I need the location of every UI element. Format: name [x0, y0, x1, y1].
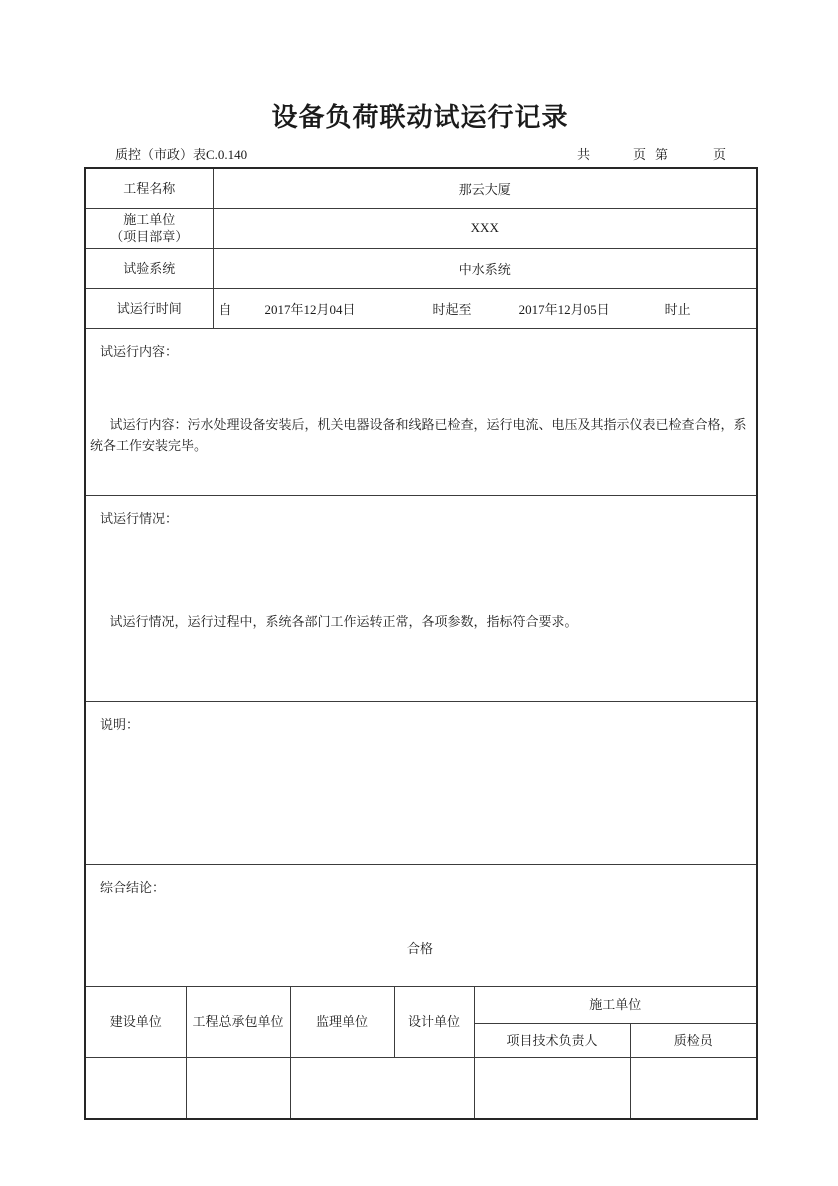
signature-builder-label: 建设单位 [85, 986, 186, 1057]
trial-time-from-prefix: 自 [219, 299, 232, 318]
trial-time-value: 自 2017年12月04日 时起至 2017年12月05日 时止 [213, 288, 757, 328]
row-trial-time: 试运行时间 自 2017年12月04日 时起至 2017年12月05日 时止 [85, 288, 757, 328]
row-note: 说明： [85, 701, 757, 864]
page-total-label: 共 [577, 144, 590, 163]
trial-situation-body: 试运行情况，运行过程中，系统各部门工作运转正常，各项参数，指标符合要求。 [90, 611, 752, 632]
construction-unit-label-line1: 施工单位 [86, 211, 213, 228]
document-page: 设备负荷联动试运行记录 质控（市政）表C.0.140 共页第页 工程名称 那云大… [0, 0, 838, 1186]
page-current-unit: 页 [713, 144, 726, 163]
trial-time-end-date: 2017年12月05日 [519, 299, 610, 318]
row-signature-blank [85, 1057, 757, 1119]
pagination: 共页第页 [577, 144, 726, 163]
construction-unit-label-line2: （项目部章） [86, 228, 213, 245]
construction-unit-label: 施工单位（项目部章） [85, 208, 213, 248]
record-form-table: 工程名称 那云大厦 施工单位（项目部章） XXX 试验系统 中水系统 试运行时间… [84, 167, 758, 1120]
note-label: 说明： [100, 714, 752, 733]
signature-supervisor-label: 监理单位 [290, 986, 394, 1057]
meta-row: 质控（市政）表C.0.140 共页第页 [84, 144, 756, 162]
document-title: 设备负荷联动试运行记录 [84, 97, 756, 134]
row-construction-unit: 施工单位（项目部章） XXX [85, 208, 757, 248]
test-system-label: 试验系统 [85, 248, 213, 288]
signature-designer-label: 设计单位 [394, 986, 474, 1057]
signature-tech-lead-cell [474, 1057, 630, 1119]
row-trial-content: 试运行内容： 试运行内容：污水处理设备安装后，机关电器设备和线路已检查，运行电流… [85, 328, 757, 495]
trial-content-label: 试运行内容： [100, 341, 752, 360]
conclusion-label: 综合结论： [100, 877, 752, 896]
trial-time-start-date: 2017年12月04日 [265, 299, 356, 318]
row-project-name: 工程名称 那云大厦 [85, 168, 757, 208]
trial-situation-section: 试运行情况： 试运行情况，运行过程中，系统各部门工作运转正常，各项参数，指标符合… [85, 495, 757, 701]
row-signature-header: 建设单位 工程总承包单位 监理单位 设计单位 施工单位 [85, 986, 757, 1023]
signature-quality-inspector-label: 质检员 [630, 1023, 757, 1057]
project-name-value: 那云大厦 [213, 168, 757, 208]
signature-tech-lead-label: 项目技术负责人 [474, 1023, 630, 1057]
trial-time-label: 试运行时间 [85, 288, 213, 328]
trial-time-mid-text: 时起至 [433, 299, 472, 318]
signature-quality-inspector-cell [630, 1057, 757, 1119]
trial-situation-label: 试运行情况： [100, 508, 752, 527]
page-current-label: 第 [655, 144, 668, 163]
trial-time-line: 自 2017年12月04日 时起至 2017年12月05日 时止 [214, 299, 757, 318]
signature-supervisor-designer-cell [290, 1057, 474, 1119]
trial-content-section: 试运行内容： 试运行内容：污水处理设备安装后，机关电器设备和线路已检查，运行电流… [85, 328, 757, 495]
trial-time-end-suffix: 时止 [665, 299, 691, 318]
note-section: 说明： [85, 701, 757, 864]
row-trial-situation: 试运行情况： 试运行情况，运行过程中，系统各部门工作运转正常，各项参数，指标符合… [85, 495, 757, 701]
conclusion-section: 综合结论： 合格 [85, 864, 757, 986]
project-name-label: 工程名称 [85, 168, 213, 208]
test-system-value: 中水系统 [213, 248, 757, 288]
form-code: 质控（市政）表C.0.140 [115, 144, 247, 163]
construction-unit-value: XXX [213, 208, 757, 248]
signature-general-contractor-label: 工程总承包单位 [186, 986, 290, 1057]
trial-content-body: 试运行内容：污水处理设备安装后，机关电器设备和线路已检查，运行电流、电压及其指示… [90, 414, 752, 456]
signature-constructor-label: 施工单位 [474, 986, 757, 1023]
signature-general-contractor-cell [186, 1057, 290, 1119]
signature-builder-cell [85, 1057, 186, 1119]
row-conclusion: 综合结论： 合格 [85, 864, 757, 986]
conclusion-result: 合格 [90, 938, 752, 959]
row-test-system: 试验系统 中水系统 [85, 248, 757, 288]
page-total-unit: 页 [633, 144, 646, 163]
